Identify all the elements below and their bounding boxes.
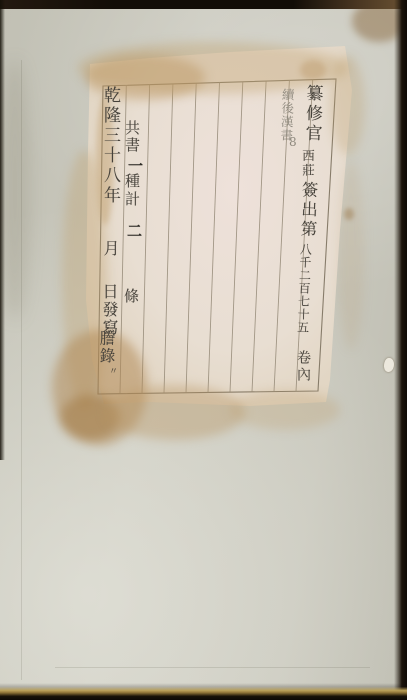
stain — [300, 60, 326, 80]
compiler-name-text: 西莊 — [301, 149, 314, 178]
column-line — [252, 81, 266, 392]
date-era-year-text: 乾隆三十八年 — [101, 86, 118, 206]
compiler-role-text: 纂修官 — [302, 84, 321, 144]
column-line — [230, 82, 243, 392]
bottom-edge — [0, 683, 407, 700]
stain — [338, 160, 364, 350]
right-edge — [394, 0, 407, 700]
stain — [105, 385, 245, 440]
count-books-value: 一 — [127, 158, 142, 173]
pencil-number-note: 8 — [289, 135, 297, 149]
count-items-value: 二 — [126, 223, 141, 238]
signout-number-text: 八千二百七十五 — [296, 243, 311, 334]
column-line — [208, 83, 220, 393]
stain — [344, 208, 354, 220]
column-line — [164, 84, 173, 393]
copyist-label-text: 謄錄 — [98, 330, 114, 365]
stain — [330, 55, 365, 155]
month-label-text: 月 — [102, 240, 118, 256]
photographed-manuscript-page: 纂修官 西莊 簽出第 八千二百七十五 卷內 續後漢書 8 共書 一 種計 二 條… — [0, 0, 407, 700]
count-mid-text: 種計 — [124, 173, 139, 209]
count-suffix-text: 條 — [123, 288, 138, 303]
day-issue-text: 日發寫 — [101, 283, 117, 337]
volume-note-text: 卷內 — [296, 350, 310, 384]
count-prefix-text: 共書 — [124, 120, 139, 154]
column-line — [186, 83, 196, 393]
signout-text: 簽出第 — [298, 181, 316, 240]
column-line — [142, 85, 150, 394]
stain — [230, 390, 340, 430]
left-edge — [0, 0, 5, 460]
copyist-mark: 〃 — [107, 366, 116, 375]
top-edge — [0, 0, 407, 9]
